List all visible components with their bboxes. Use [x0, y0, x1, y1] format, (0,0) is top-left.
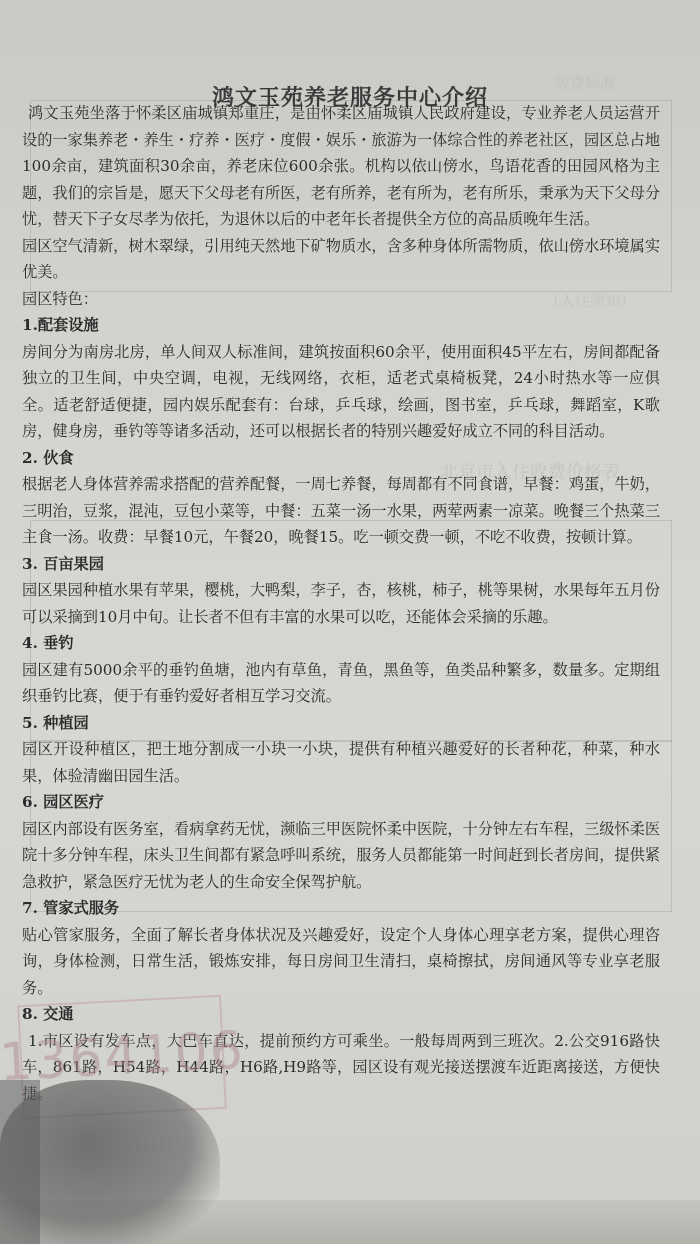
document-photo: 收费标准 （入住须知） 北京市入住收费价格表 鸿文玉苑养老服务中心介绍 鸿文玉苑… — [0, 0, 700, 1244]
section-body-fishing: 园区建有5000余平的垂钓鱼塘，池内有草鱼，青鱼，黑鱼等，鱼类品种繁多，数量多。… — [22, 657, 660, 710]
section-heading-garden: 5. 种植园 — [22, 710, 660, 737]
intro-paragraph: 园区空气清新，树木翠绿，引用纯天然地下矿物质水，含多种身体所需物质，依山傍水环境… — [22, 233, 660, 286]
section-heading-orchard: 3. 百亩果园 — [22, 551, 660, 578]
section-body-medical: 园区内部设有医务室，看病拿药无忧，濒临三甲医院怀柔中医院，十分钟左右车程，三级怀… — [22, 816, 660, 896]
section-heading-fishing: 4. 垂钓 — [22, 630, 660, 657]
intro-paragraph: 鸿文玉苑坐落于怀柔区庙城镇郑重庄，是由怀柔区庙城镇人民政府建设，专业养老人员运营… — [22, 100, 660, 233]
section-heading-medical: 6. 园区医疗 — [22, 789, 660, 816]
section-body-orchard: 园区果园种植水果有苹果，樱桃，大鸭梨，李子，杏，核桃，柿子，桃等果树，水果每年五… — [22, 577, 660, 630]
section-body-garden: 园区开设种植区，把土地分割成一小块一小块，提供有种植兴趣爱好的长者种花，种菜，种… — [22, 736, 660, 789]
section-heading-facilities: 1.配套设施 — [22, 312, 660, 339]
section-heading-butler: 7. 管家式服务 — [22, 895, 660, 922]
hand-shadow — [0, 1080, 40, 1244]
section-body-butler: 贴心管家服务，全面了解长者身体状况及兴趣爱好，设定个人身体心理享老方案，提供心理… — [22, 922, 660, 1002]
section-heading-meals: 2. 伙食 — [22, 445, 660, 472]
section-body-facilities: 房间分为南房北房，单人间双人标准间，建筑按面积60余平，使用面积45平左右，房间… — [22, 339, 660, 445]
document-body: 鸿文玉苑坐落于怀柔区庙城镇郑重庄，是由怀柔区庙城镇人民政府建设，专业养老人员运营… — [22, 100, 660, 1107]
section-body-meals: 根据老人身体营养需求搭配的营养配餐，一周七养餐，每周都有不同食谱，早餐：鸡蛋，牛… — [22, 471, 660, 551]
features-label: 园区特色： — [22, 286, 660, 313]
